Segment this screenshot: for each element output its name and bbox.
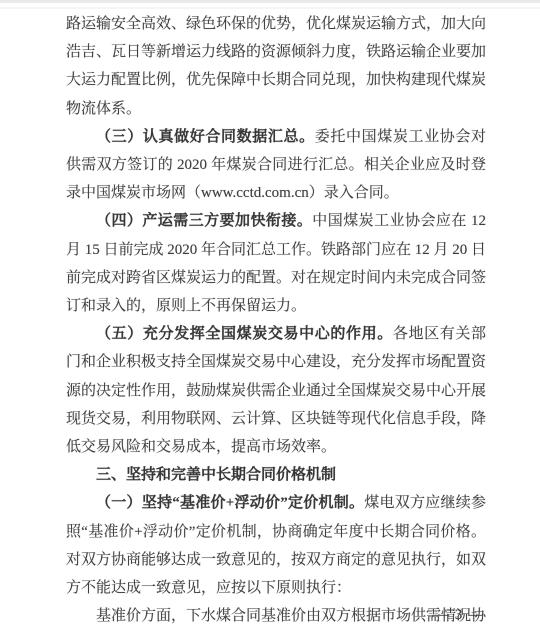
paragraph: （三）认真做好合同数据汇总。委托中国煤炭工业协会对供需双方签订的 2020 年煤…	[66, 123, 486, 208]
paragraph-lead: （五）充分发挥全国煤炭交易中心的作用。	[96, 326, 393, 342]
paragraph-lead: （一）坚持“基准价+浮动价”定价机制。	[96, 495, 364, 511]
paragraph-lead: （三）认真做好合同数据汇总。	[96, 129, 315, 145]
paragraph-text: 各地区有关部门和企业积极支持全国煤炭交易中心建设，充分发挥市场配置资源的决定性作…	[66, 326, 486, 455]
paragraph: （一）坚持“基准价+浮动价”定价机制。煤电双方应继续参照“基准价+浮动价”定价机…	[66, 489, 486, 602]
paragraph-text: 基准价方面，下水煤合同基准价由双方根据市场供需情况协	[96, 608, 486, 624]
paragraph-lead: （四）产运需三方要加快衔接。	[96, 213, 312, 229]
paragraph: 三、坚持和完善中长期合同价格机制	[66, 461, 486, 489]
scan-edge-top-faint	[0, 7, 540, 9]
page-number: — 3 —	[434, 607, 484, 624]
paragraph-text: 路运输安全高效、绿色环保的优势，优化煤炭运输方式，加大向浩吉、瓦日等新增运力线路…	[66, 16, 486, 117]
document-body: 路运输安全高效、绿色环保的优势，优化煤炭运输方式，加大向浩吉、瓦日等新增运力线路…	[66, 10, 486, 630]
paragraph: 路运输安全高效、绿色环保的优势，优化煤炭运输方式，加大向浩吉、瓦日等新增运力线路…	[66, 10, 486, 123]
paragraph-text: 三、坚持和完善中长期合同价格机制	[96, 467, 336, 483]
paragraph: （五）充分发挥全国煤炭交易中心的作用。各地区有关部门和企业积极支持全国煤炭交易中…	[66, 320, 486, 461]
paragraph: 基准价方面，下水煤合同基准价由双方根据市场供需情况协	[66, 602, 486, 630]
paragraph: （四）产运需三方要加快衔接。中国煤炭工业协会应在 12 月 15 日前完成 20…	[66, 207, 486, 320]
scan-edge-top	[0, 0, 540, 3]
